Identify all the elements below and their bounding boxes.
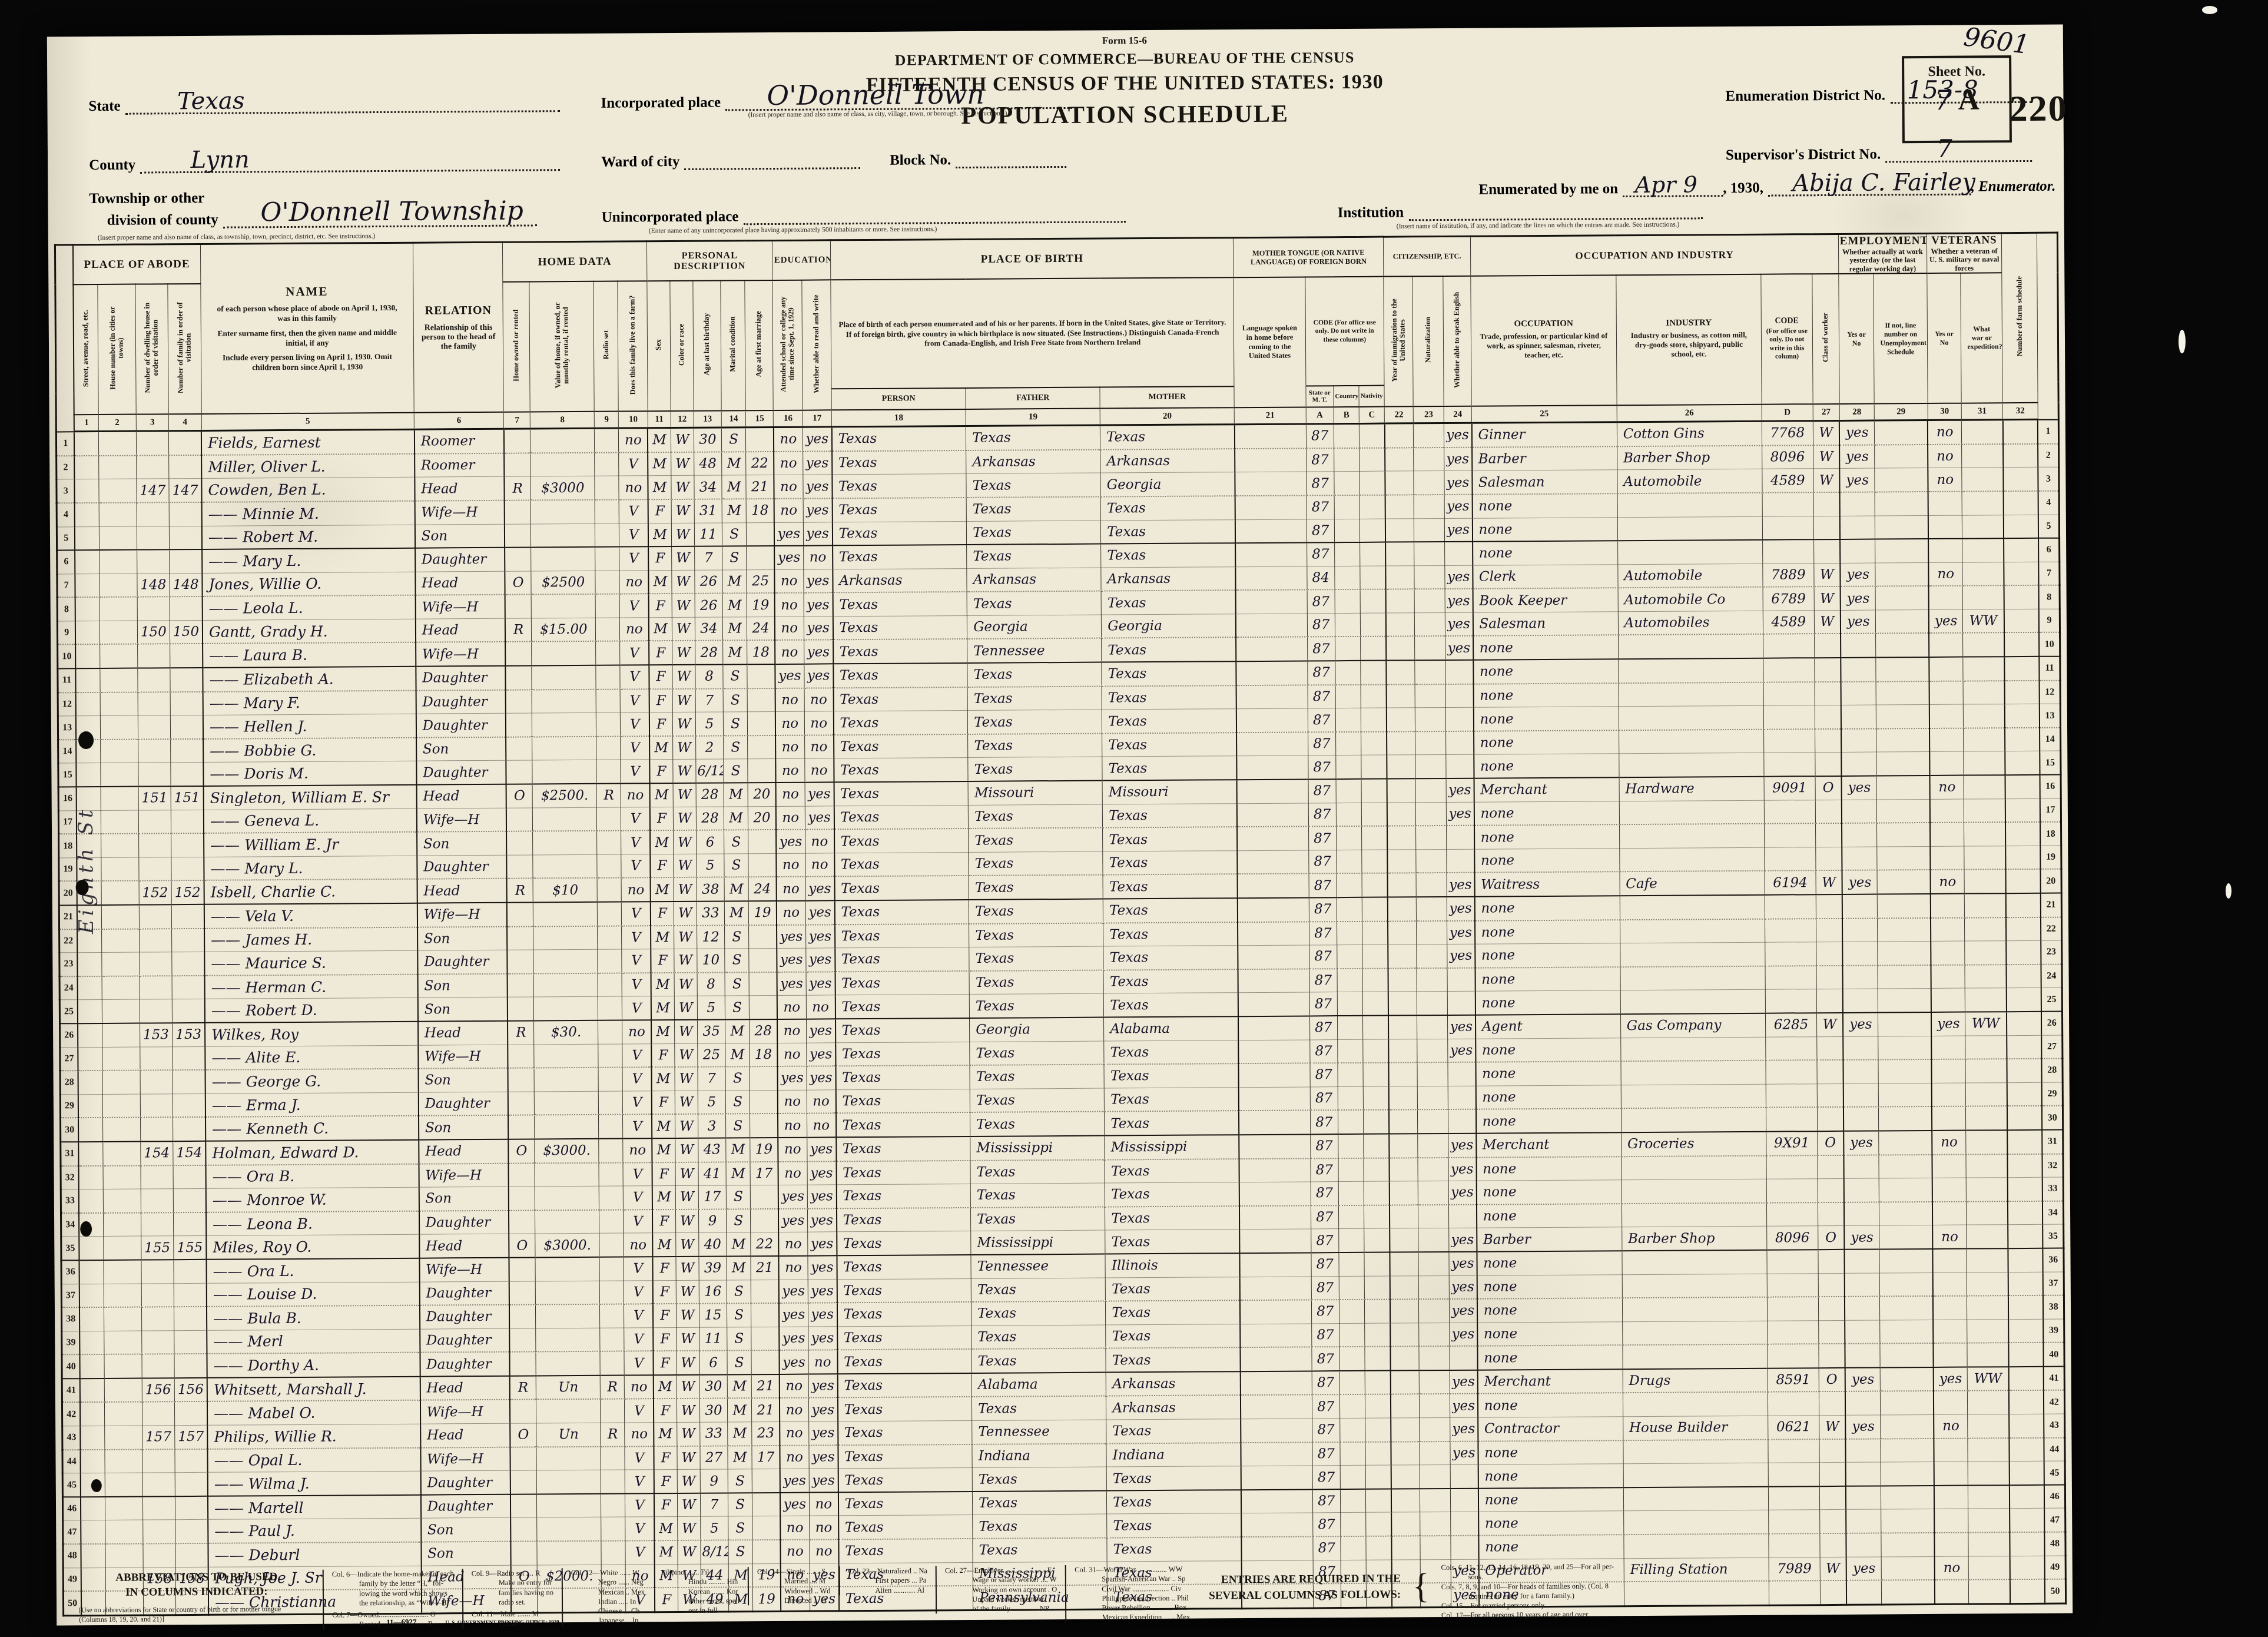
cell-pobm: Texas — [1102, 638, 1236, 662]
cell-wkr: W — [1813, 563, 1840, 586]
cell-vet: no — [1928, 468, 1962, 491]
cell-ind: Automobiles — [1618, 611, 1763, 635]
cell-imm — [1390, 1370, 1420, 1394]
cell-wkr: W — [1816, 870, 1842, 894]
cell-cc — [1362, 826, 1387, 850]
cell-cd — [1764, 753, 1815, 777]
cell-imm — [1390, 1275, 1419, 1299]
cell-own: O — [508, 1139, 535, 1163]
cell-val — [531, 547, 595, 571]
cell-vet: no — [1928, 444, 1962, 468]
cell-wkr: O — [1815, 776, 1842, 800]
film-speck — [2202, 6, 2217, 14]
cell-ln: 13 — [2040, 704, 2061, 727]
cell-pob: Texas — [835, 1018, 970, 1042]
cell-ln: 7 — [57, 574, 75, 597]
cell-sex: F — [653, 1327, 676, 1351]
cell-cc — [1364, 1158, 1389, 1181]
cell-vet — [1930, 823, 1964, 846]
cell-imm — [1388, 1039, 1418, 1062]
cell-emp — [1845, 1344, 1881, 1368]
cell-emp — [1841, 705, 1876, 728]
cell-sex: F — [654, 1446, 677, 1470]
cell-street — [75, 479, 99, 503]
cell-mar: S — [725, 972, 749, 996]
cell-farm: no — [622, 878, 651, 902]
cell-war: WW — [1963, 609, 2004, 634]
cell-rel: Head — [418, 1021, 508, 1045]
cell-ca: 87 — [1307, 495, 1334, 519]
cell-sch: no — [775, 617, 804, 640]
cell-pobf: Texas — [969, 899, 1103, 924]
cell-read: yes — [808, 1232, 837, 1255]
cell-race: W — [674, 902, 697, 926]
cell-vet — [1929, 728, 1964, 751]
cell-nat — [1417, 1039, 1448, 1062]
cell-pob: Texas — [836, 1136, 970, 1161]
cell-street — [79, 1189, 103, 1213]
cell-name: —— Monroe W. — [206, 1187, 419, 1212]
cell-nat — [1420, 1489, 1451, 1512]
cell-war — [1967, 1248, 2008, 1273]
cell-cb — [1339, 1300, 1364, 1323]
cell-emp — [1843, 989, 1878, 1012]
cell-age: 6 — [699, 1351, 727, 1375]
cell-age: 5 — [697, 854, 724, 877]
cell-cb — [1334, 472, 1360, 495]
col-home-owned: Home owned or rented — [503, 282, 530, 412]
cell-agem — [746, 428, 774, 452]
cell-farm: no — [619, 570, 649, 594]
cell-name: —— Bula B. — [207, 1305, 420, 1330]
cell-val — [535, 1186, 599, 1210]
cell-pobm: Texas — [1107, 1513, 1241, 1537]
cell-ind: Barber Shop — [1622, 1226, 1767, 1251]
cell-emp — [1845, 1391, 1881, 1415]
cell-emp — [1841, 728, 1876, 752]
cell-nat — [1418, 1252, 1449, 1275]
ink-blob — [76, 880, 89, 895]
column-number: 32 — [2002, 403, 2038, 420]
code-note: CODE (For office use only. Do not write … — [1305, 277, 1384, 386]
cell-agem — [751, 1350, 780, 1374]
cell-cc — [1364, 1300, 1390, 1323]
cell-ln: 14 — [2040, 727, 2061, 751]
cell-sch: no — [775, 640, 804, 664]
cell-eng: yes — [1447, 1015, 1475, 1039]
cell-eng: yes — [1444, 423, 1472, 447]
cell-cb — [1334, 519, 1360, 542]
cell-fsch — [2007, 1130, 2042, 1154]
column-number: 6 — [414, 412, 503, 429]
cell-sch: yes — [780, 1469, 810, 1492]
cell-read: no — [805, 830, 834, 853]
relation-title: RELATION — [415, 303, 502, 317]
cell-read: yes — [804, 569, 833, 593]
cell-vet — [1932, 1106, 1966, 1131]
field-ward: Ward of city — [601, 147, 860, 171]
cell-age: 27 — [700, 1446, 728, 1469]
cell-lang — [1238, 992, 1309, 1016]
abbreviations-block: ABBREVIATIONS TO BE USED IN COLUMNS INDI… — [71, 1570, 323, 1625]
cell-ca: 87 — [1309, 922, 1337, 945]
cell-sch: no — [778, 1161, 807, 1185]
cell-ln: 25 — [59, 1000, 78, 1023]
cell-war — [1962, 420, 2003, 445]
cell-emp — [1846, 1462, 1881, 1486]
column-number: 31 — [1961, 403, 2002, 420]
cell-read: no — [804, 735, 834, 758]
group-place-of-birth: PLACE OF BIRTH — [831, 238, 1234, 280]
cell-nat — [1419, 1323, 1450, 1346]
cell-own — [510, 1494, 537, 1517]
col-farm: Does this family live on a farm? — [618, 281, 648, 411]
cell-dwell — [137, 644, 170, 668]
cell-fsch — [2009, 1437, 2044, 1461]
cell-empline — [1879, 1249, 1933, 1273]
cell-house — [104, 1402, 142, 1426]
cell-name: —— Robert M. — [202, 525, 415, 549]
col27-note: Col. 27—Employer ...................... … — [945, 1565, 1057, 1613]
cell-dwell — [140, 1118, 173, 1142]
cell-emp — [1843, 1083, 1879, 1107]
cell-nat — [1419, 1346, 1450, 1370]
cell-lang — [1241, 1466, 1312, 1490]
cell-val — [532, 594, 596, 618]
cell-sex: M — [653, 1233, 676, 1257]
cell-farm: no — [620, 618, 649, 641]
cell-radio — [599, 1115, 623, 1139]
cell-race: W — [674, 996, 697, 1020]
cell-eng: yes — [1445, 612, 1473, 636]
cell-val — [535, 1210, 599, 1234]
cell-agem — [747, 522, 775, 546]
cell-val — [534, 1044, 598, 1068]
cell-vet — [1928, 539, 1962, 562]
cell-war — [1964, 728, 2005, 752]
cell-cd — [1763, 658, 1815, 682]
cell-agem: 19 — [748, 901, 777, 925]
cell-pobm: Texas — [1103, 969, 1238, 993]
cell-war — [1965, 1035, 2007, 1059]
cell-fsch — [2005, 869, 2041, 893]
cell-fsch — [2003, 515, 2038, 538]
cell-farm: V — [624, 1209, 653, 1233]
cell-sch: no — [777, 1043, 807, 1066]
cell-sex: M — [652, 1186, 675, 1209]
cell-vet — [1934, 1509, 1968, 1533]
cell-vet — [1931, 894, 1965, 918]
cell-fam — [171, 810, 204, 833]
cell-farm: V — [622, 926, 651, 949]
col-radio-set: Radio set — [593, 281, 618, 412]
cell-ln: 19 — [2040, 846, 2061, 869]
cell-radio — [595, 571, 619, 594]
cell-read: yes — [804, 664, 834, 688]
cell-sex: M — [649, 736, 672, 760]
cell-age: 25 — [698, 1043, 725, 1067]
cell-rel: Head — [416, 784, 506, 808]
cell-fsch — [2006, 965, 2041, 988]
cell-farm: V — [619, 523, 649, 546]
cell-ca: 87 — [1312, 1489, 1340, 1513]
cell-radio — [601, 1517, 625, 1540]
name-title: NAME — [202, 284, 412, 300]
cell-lang — [1239, 1182, 1311, 1206]
cell-age: 11 — [699, 1327, 727, 1351]
cell-ln: 26 — [2041, 1012, 2063, 1035]
cell-radio — [599, 1257, 624, 1280]
cell-imm — [1388, 945, 1417, 968]
col12b-block: Filipino ....... FilHindu ......... HinK… — [653, 1567, 748, 1615]
cell-pobf: Texas — [971, 1207, 1105, 1231]
cell-pob: Texas — [835, 924, 969, 948]
cell-sch: yes — [777, 972, 807, 995]
cell-agem — [747, 688, 775, 712]
cell-house — [102, 1118, 140, 1142]
cell-war — [1968, 1414, 2009, 1439]
cell-empline — [1878, 1036, 1932, 1060]
cell-farm: V — [622, 1067, 652, 1091]
cell-sex: F — [653, 1257, 676, 1280]
cell-pobm: Texas — [1104, 1040, 1238, 1064]
cell-house — [101, 810, 138, 834]
cell-war — [1966, 1178, 2007, 1202]
cell-agem: 24 — [748, 877, 777, 901]
cell-ln: 25 — [2041, 987, 2063, 1011]
cell-nat — [1414, 495, 1445, 518]
cell-emp — [1844, 1155, 1879, 1178]
cell-nat — [1418, 1134, 1448, 1158]
cell-pobf: Texas — [973, 1538, 1107, 1562]
cell-sex: F — [653, 1280, 676, 1304]
cell-read: no — [804, 711, 834, 735]
cell-radio — [597, 807, 621, 831]
cell-sex: M — [649, 617, 672, 641]
cell-age: 34 — [695, 617, 722, 641]
cell-ind — [1620, 990, 1766, 1015]
cell-age: 30 — [699, 1374, 727, 1399]
cell-own — [509, 1210, 535, 1234]
cell-street — [80, 1354, 104, 1378]
group-education: EDUCATION — [772, 240, 831, 280]
cell-nat — [1420, 1512, 1451, 1536]
cell-pobf: Texas — [967, 521, 1101, 545]
cell-empline — [1879, 1106, 1932, 1131]
cell-race: W — [672, 688, 695, 712]
cell-rel: Son — [417, 831, 506, 856]
cell-radio — [597, 831, 621, 854]
cell-pobf: Texas — [970, 1065, 1104, 1089]
cell-pobf: Texas — [971, 1301, 1106, 1325]
cell-war — [1968, 1438, 2009, 1462]
cell-race: W — [672, 713, 695, 736]
cell-sex: M — [651, 1020, 674, 1043]
cell-pobm: Mississippi — [1105, 1135, 1239, 1159]
cell-age: 28 — [696, 783, 724, 807]
cell-cd — [1768, 1463, 1819, 1487]
cell-val: $10 — [533, 878, 598, 902]
cell-mar: M — [725, 1043, 750, 1066]
cell-ln: 40 — [2044, 1343, 2065, 1367]
cell-pob: Texas — [837, 1325, 971, 1350]
cell-dwell — [138, 810, 171, 833]
cell-sex: F — [649, 713, 672, 736]
cell-war: WW — [1965, 1012, 2007, 1036]
cell-imm — [1385, 542, 1415, 565]
cell-fsch — [2008, 1248, 2043, 1272]
col-farm-schedule: Number of farm schedule — [2002, 233, 2038, 403]
cell-name: Gantt, Grady H. — [203, 619, 416, 644]
cell-sch: no — [777, 901, 806, 925]
cell-empline — [1881, 1486, 1935, 1510]
cell-house — [101, 834, 138, 857]
cell-lang — [1241, 1536, 1312, 1560]
cell-race: W — [674, 877, 697, 902]
cell-agem: 21 — [746, 475, 774, 499]
cell-eng: yes — [1444, 518, 1473, 542]
cell-radio — [601, 1541, 625, 1565]
cell-mar: S — [722, 546, 747, 569]
cell-empline — [1878, 894, 1931, 918]
cell-race: W — [671, 452, 694, 476]
cell-pobf: Texas — [973, 1490, 1107, 1515]
cell-fam — [175, 1449, 208, 1473]
cell-cd — [1762, 492, 1813, 516]
cell-lang — [1236, 685, 1307, 709]
cell-street — [79, 1237, 104, 1260]
cell-cd — [1764, 729, 1815, 753]
cell-agem — [750, 1066, 778, 1090]
cell-emp — [1846, 1486, 1881, 1509]
cell-emp: yes — [1840, 468, 1875, 492]
cell-vet — [1929, 586, 1963, 609]
cell-rel: Daughter — [418, 1092, 508, 1116]
cell-age: 5 — [697, 996, 725, 1019]
cell-name: —— James H. — [204, 927, 417, 952]
cell-dwell — [141, 1330, 174, 1354]
cell-war — [1967, 1295, 2008, 1320]
cell-sch: no — [774, 569, 804, 593]
cell-mar: S — [725, 949, 749, 972]
cell-house — [103, 1165, 141, 1189]
cell-wkr — [1816, 942, 1842, 966]
cell-agem: 22 — [746, 452, 774, 475]
cell-cc — [1362, 921, 1387, 945]
cell-vet — [1934, 1391, 1968, 1414]
cell-fam — [170, 597, 203, 620]
col-occupation-code: CODE (For office use only. Do not write … — [1761, 274, 1813, 405]
cell-emp — [1846, 1439, 1881, 1462]
cell-emp — [1845, 1249, 1880, 1273]
cell-fsch — [2008, 1319, 2044, 1343]
cell-age: 9 — [698, 1209, 726, 1232]
cell-imm — [1387, 802, 1416, 826]
cell-lang — [1236, 614, 1307, 638]
cell-val — [532, 689, 596, 713]
cell-own — [509, 1328, 536, 1352]
cell-fam — [175, 1496, 208, 1520]
cell-ind — [1624, 1534, 1769, 1559]
cell-occ: none — [1473, 707, 1619, 731]
cell-nat — [1414, 448, 1444, 471]
cell-fam — [170, 644, 203, 668]
cell-fam — [170, 692, 203, 715]
cell-ca: 87 — [1312, 1442, 1340, 1466]
cell-cb — [1338, 1158, 1364, 1181]
cell-fam: 156 — [174, 1378, 207, 1402]
cell-race: W — [677, 1493, 700, 1517]
cell-emp — [1843, 1107, 1879, 1131]
cell-ca: 87 — [1308, 779, 1336, 803]
cell-val — [530, 428, 595, 453]
cell-nat — [1414, 542, 1445, 565]
cell-mar: M — [722, 617, 747, 641]
cell-vet — [1928, 492, 1962, 515]
cell-own — [508, 1163, 535, 1187]
cell-age: 8 — [695, 665, 723, 689]
cell-age: 43 — [698, 1138, 726, 1162]
cell-radio — [599, 1162, 623, 1186]
cell-read: yes — [805, 900, 835, 924]
cell-cd — [1768, 1297, 1819, 1321]
cell-val: $3000. — [535, 1139, 599, 1163]
cell-fsch — [2008, 1201, 2043, 1225]
cell-own — [504, 453, 530, 476]
cell-cd — [1765, 894, 1816, 919]
cell-ca: 87 — [1308, 850, 1336, 873]
cell-sch: yes — [779, 1303, 808, 1327]
cell-pobf: Arkansas — [967, 568, 1101, 592]
col-unemployment-line: If not, line number on Unemployment Sche… — [1874, 273, 1928, 404]
ink-blob — [91, 1479, 102, 1492]
cell-fam — [170, 668, 203, 692]
cell-vet: yes — [1929, 609, 1963, 633]
township-note: (Insert proper name and also name of cla… — [98, 233, 375, 241]
cell-race: W — [677, 1517, 700, 1540]
cell-occ: none — [1477, 1204, 1622, 1228]
cell-pobf: Texas — [971, 1348, 1106, 1373]
cell-agem: 18 — [747, 640, 775, 664]
cell-val — [536, 1304, 600, 1328]
cell-agem: 20 — [748, 806, 776, 830]
col31-note: Col. 31—World War ................ WWSpa… — [1075, 1565, 1190, 1623]
cell-fam — [171, 739, 204, 763]
cell-occ: Book Keeper — [1473, 588, 1618, 612]
cell-pob: Texas — [833, 663, 967, 688]
cell-read: yes — [806, 1019, 835, 1042]
cell-house — [99, 455, 137, 479]
cell-imm — [1387, 897, 1417, 921]
cell-radio — [596, 760, 621, 783]
cell-mar: S — [725, 1066, 750, 1090]
cell-fam — [173, 1046, 205, 1070]
cell-pobm: Texas — [1106, 1300, 1240, 1324]
cell-fam — [169, 526, 202, 549]
cell-imm — [1391, 1418, 1420, 1442]
cell-own: O — [509, 1234, 535, 1257]
cell-race: W — [677, 1375, 699, 1399]
relation-line1: Relationship of this person to the head … — [415, 323, 502, 352]
cell-ca: 87 — [1310, 1063, 1338, 1086]
cell-cb — [1335, 732, 1361, 755]
cell-street — [79, 1165, 103, 1189]
cell-name: Fields, Earnest — [201, 429, 415, 455]
column-number: 29 — [1875, 403, 1928, 420]
cell-cc — [1360, 448, 1385, 471]
cell-mar: M — [727, 1374, 751, 1399]
cell-agem — [750, 1114, 778, 1138]
